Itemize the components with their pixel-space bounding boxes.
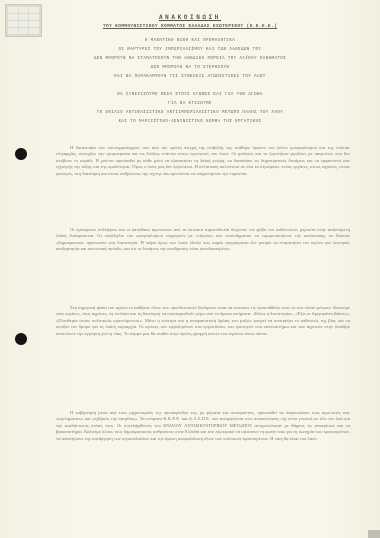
body-paragraph-2: Οι πρόσφατες συλλήψεις και οι καταδίκες … bbox=[56, 227, 350, 301]
body-paragraph-1: Η δικτατορία των συνταγματαρχών, που από… bbox=[56, 145, 350, 225]
slogan-line: ΟΙ ΜΑΡΤΥΡΕΣ ΤΟΥ ΙΜΠΕΡΙΑΛΙΣΜΟΥ ΚΑΙ ΤΩΝ ΛΑ… bbox=[0, 46, 380, 55]
slogan-block-2: ΘΑ ΣΥΝΕΧΙΣΟΥΜΕ ΜΕΣΑ ΣΤΟΥΣ ΑΓΩΝΕΣ ΚΑΙ ΓΙΑ… bbox=[0, 91, 380, 127]
document-title: ΑΝΑΚΟΙΝΩΣΗ bbox=[0, 14, 380, 22]
punch-hole-icon bbox=[15, 148, 27, 160]
slogan-line: ΚΑΙ ΤΟ ΜΑΡΞΙΣΤΙΚΟ-ΛΕΝΙΝΙΣΤΙΚΟ ΚΟΜΜΑ ΤΗΣ … bbox=[0, 118, 380, 127]
slogan-line: ΚΑΙ ΝΑ ΠΑΡΑΚΑΜΨΟΥΝ ΤΙΣ ΣΥΝΕΧΕΙΣ ΑΓΩΝΙΣΤΙ… bbox=[0, 73, 380, 82]
slogan-line: ΔΕΝ ΜΠΟΡΟΥΝ ΝΑ ΤΟ ΣΤΕΡΗΣΟΥΝ bbox=[0, 64, 380, 73]
slogan-line: ΔΕΝ ΜΠΟΡΟΥΝ ΝΑ ΣΤΑΜΑΤΗΣΟΥΝ ΤΗΝ ΑΝΟΔΙΚΗ Π… bbox=[0, 55, 380, 64]
page-edge bbox=[368, 530, 380, 538]
slogan-line: ΤΟ ΕΝΙΑΙΟ ΑΝΤΙΦΑΣΙΣΤΙΚΟ ΑΝΤΙΙΜΠΕΡΙΑΛΙΣΤΙ… bbox=[0, 109, 380, 118]
punch-hole-icon bbox=[15, 333, 27, 345]
slogan-line: ΓΙΑ ΝΑ ΚΤΙΣΟΥΜΕ bbox=[0, 100, 380, 109]
slogan-line: ΘΑ ΣΥΝΕΧΙΣΟΥΜΕ ΜΕΣΑ ΣΤΟΥΣ ΑΓΩΝΕΣ ΚΑΙ ΓΙΑ… bbox=[0, 91, 380, 100]
body-paragraph-4: Η κυβέρνηση μέσα από τους μηχανισμούς τη… bbox=[56, 410, 350, 525]
document-page: ΑΝΑΚΟΙΝΩΣΗ ΤΟΥ ΚΟΜΜΟΥΝΙΣΤΙΚΟΥ ΚΟΜΜΑΤΟΣ Ε… bbox=[0, 0, 380, 538]
body-paragraph-3: Στη σημερινή φάση του αγώνα το καθήκον ό… bbox=[56, 305, 350, 405]
slogan-line: Η ΜΑΧΗΤΙΚΗ ΝΙΚΗ ΚΑΙ ΠΡΟΜΑΧΗΤΙΚΑ bbox=[0, 37, 380, 46]
document-header: ΑΝΑΚΟΙΝΩΣΗ ΤΟΥ ΚΟΜΜΟΥΝΙΣΤΙΚΟΥ ΚΟΜΜΑΤΟΣ Ε… bbox=[0, 14, 380, 31]
document-subtitle: ΤΟΥ ΚΟΜΜΟΥΝΙΣΤΙΚΟΥ ΚΟΜΜΑΤΟΣ ΕΛΛΑΔΑΣ ΕΣΩΤ… bbox=[0, 22, 380, 31]
slogan-block-1: Η ΜΑΧΗΤΙΚΗ ΝΙΚΗ ΚΑΙ ΠΡΟΜΑΧΗΤΙΚΑ ΟΙ ΜΑΡΤΥ… bbox=[0, 37, 380, 82]
